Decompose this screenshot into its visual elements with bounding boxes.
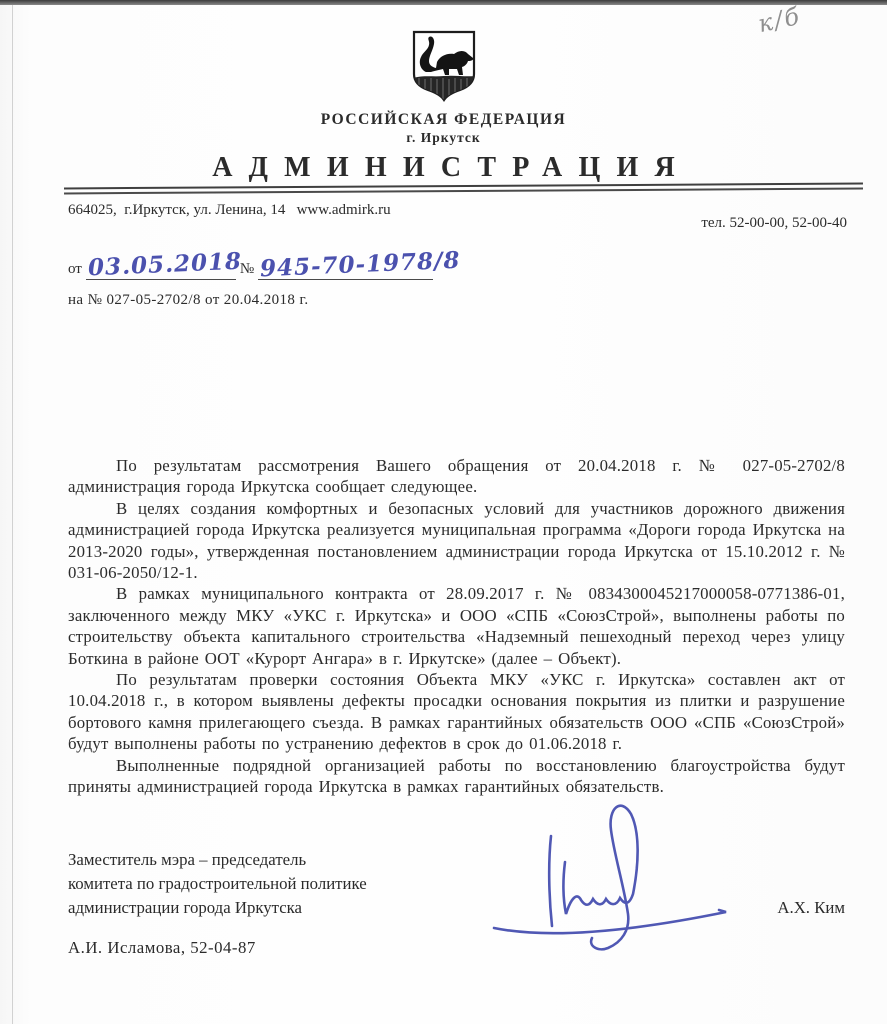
signer-position-line: Заместитель мэра – председатель xyxy=(68,848,367,872)
letter-paragraph: В целях создания комфортных и безопасных… xyxy=(68,498,845,584)
executor-contact: А.И. Исламова, 52-04-87 xyxy=(68,938,887,958)
letterhead-org-title: АДМИНИСТРАЦИЯ xyxy=(0,152,887,184)
scan-top-edge xyxy=(0,0,887,5)
ref-date-blank: 03.05.2018 xyxy=(86,247,236,280)
ref-from-label: от xyxy=(68,261,82,280)
signer-position-line: комитета по градостроительной политике xyxy=(68,872,367,896)
letter-paragraph: Выполненные подрядной организацией работ… xyxy=(68,755,845,798)
contact-info-row: 664025, г.Иркутск, ул. Ленина, 14 www.ad… xyxy=(68,202,847,232)
handwritten-date: 03.05.2018 xyxy=(87,248,242,282)
letterhead-country: РОССИЙСКАЯ ФЕДЕРАЦИЯ xyxy=(0,111,887,129)
reply-to-reference: на № 027-05-2702/8 от 20.04.2018 г. xyxy=(68,292,887,309)
scan-left-edge xyxy=(12,5,13,1024)
signature-block: Заместитель мэра – председатель комитета… xyxy=(68,848,845,920)
scanned-letter-page: к/б РОССИЙСКАЯ ФЕДЕРАЦИЯ г. Иркутск АДМИ… xyxy=(0,0,887,1024)
outgoing-ref-row: от 03.05.2018 № 945-70-1978/8 xyxy=(68,246,887,280)
signer-position-line: администрации города Иркутска xyxy=(68,896,367,920)
double-rule-divider xyxy=(64,183,863,195)
signer-name: А.Х. Ким xyxy=(777,898,845,920)
letterhead-city: г. Иркутск xyxy=(0,130,887,146)
signer-position: Заместитель мэра – председатель комитета… xyxy=(68,848,367,920)
letter-paragraph: По результатам проверки состояния Объект… xyxy=(68,669,845,755)
org-phone: тел. 52-00-00, 52-00-40 xyxy=(701,202,847,232)
ref-number-blank: 945-70-1978/8 xyxy=(258,247,433,280)
signature-ink-icon xyxy=(488,802,748,952)
letter-paragraph: В рамках муниципального контракта от 28.… xyxy=(68,583,845,669)
org-address: 664025, г.Иркутск, ул. Ленина, 14 www.ad… xyxy=(68,202,391,219)
letter-body: По результатам рассмотрения Вашего обращ… xyxy=(68,455,845,798)
letter-paragraph: По результатам рассмотрения Вашего обращ… xyxy=(68,455,845,498)
letterhead: РОССИЙСКАЯ ФЕДЕРАЦИЯ г. Иркутск xyxy=(0,0,887,146)
handwritten-number: 945-70-1978/8 xyxy=(260,247,462,283)
irkutsk-coat-of-arms-icon xyxy=(409,28,479,104)
